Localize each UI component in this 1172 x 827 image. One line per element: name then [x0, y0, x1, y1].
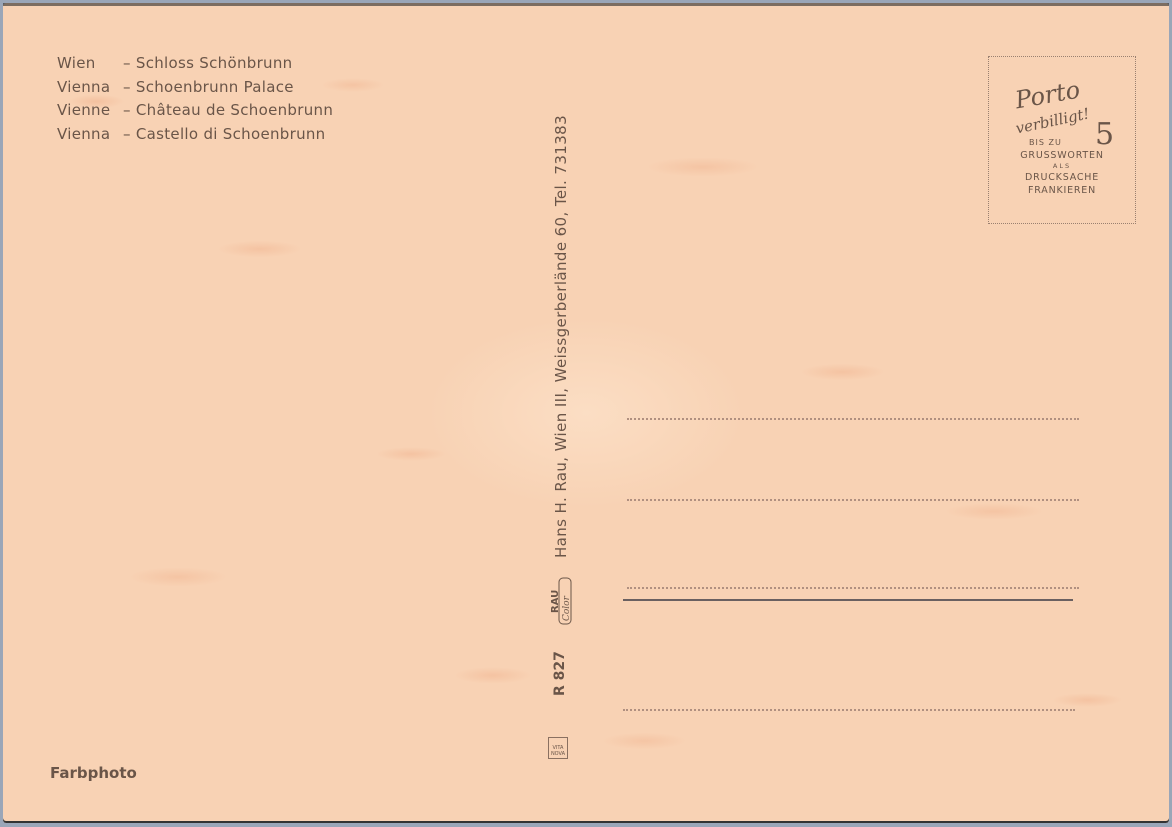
caption-line: Vienne– Château de Schoenbrunn: [57, 99, 333, 123]
publisher-imprint: Hans H. Rau, Wien III, Weissgerberlände …: [552, 115, 570, 558]
svg-text:Color: Color: [562, 595, 572, 621]
stamp-number: 5: [1095, 117, 1114, 152]
caption-text: – Schloss Schönbrunn: [123, 52, 292, 76]
caption-line: Wien– Schloss Schönbrunn: [57, 52, 333, 76]
stamp-line: GRUSSWORTEN: [989, 149, 1135, 162]
caption-language: Vienna: [57, 76, 123, 100]
stamp-box: Porto verbilligt! BIS ZU 5 GRUSSWORTEN A…: [988, 56, 1136, 224]
caption-text: – Schoenbrunn Palace: [123, 76, 294, 100]
stamp-text: GRUSSWORTEN ALS DRUCKSACHE FRANKIEREN: [989, 149, 1135, 197]
vita-nova-line2: NOVA: [551, 751, 565, 757]
stamp-bis-zu: BIS ZU: [1029, 138, 1062, 147]
address-line-2: [627, 499, 1079, 501]
svg-text:RAU: RAU: [550, 590, 561, 613]
caption-block: Wien– Schloss Schönbrunn Vienna– Schoenb…: [57, 52, 333, 146]
stamp-line: DRUCKSACHE: [989, 171, 1135, 184]
rau-color-logo: RAU Color: [548, 577, 572, 627]
farbphoto-label: Farbphoto: [50, 764, 137, 782]
address-line-4: [623, 709, 1075, 711]
caption-line: Vienna– Schoenbrunn Palace: [57, 76, 333, 100]
caption-language: Wien: [57, 52, 123, 76]
stamp-line: ALS: [989, 162, 1135, 171]
card-code: R 827: [552, 651, 568, 696]
address-line-3: [627, 587, 1079, 589]
address-line-1: [627, 418, 1079, 420]
postcard-back: Wien– Schloss Schönbrunn Vienna– Schoenb…: [3, 3, 1169, 823]
caption-text: – Château de Schoenbrunn: [123, 99, 333, 123]
stamp-line: FRANKIEREN: [989, 184, 1135, 197]
caption-language: Vienna: [57, 123, 123, 147]
caption-language: Vienne: [57, 99, 123, 123]
caption-line: Vienna– Castello di Schoenbrunn: [57, 123, 333, 147]
address-solid-rule: [623, 599, 1073, 601]
vita-nova-logo: VITA NOVA: [548, 737, 568, 759]
caption-text: – Castello di Schoenbrunn: [123, 123, 326, 147]
